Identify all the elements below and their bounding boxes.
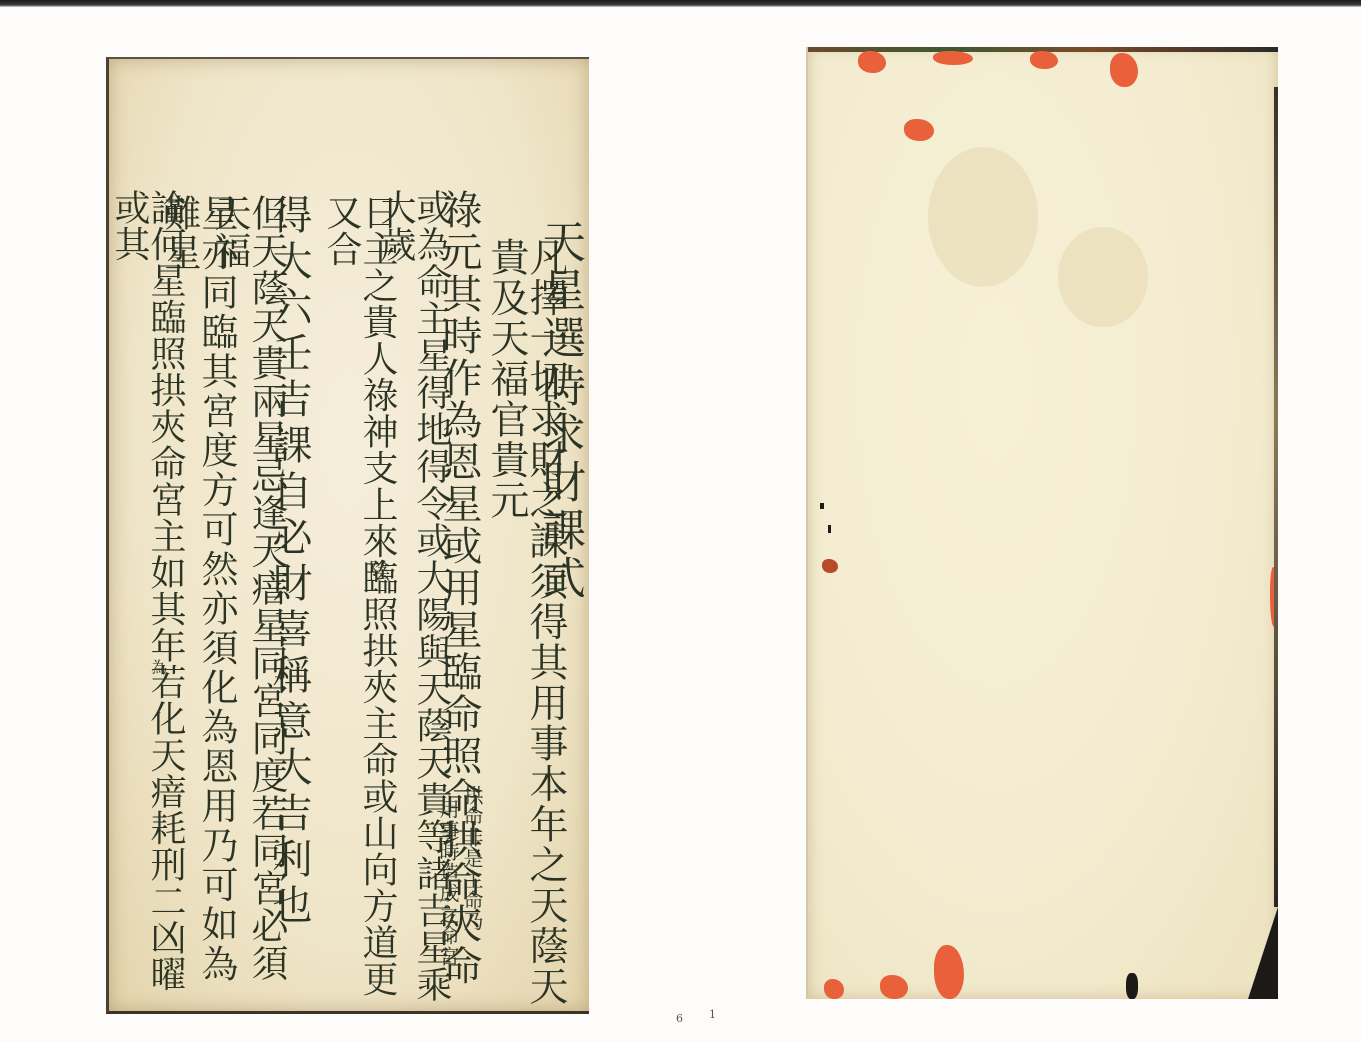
folio-right: 1 xyxy=(709,1008,716,1021)
text-column-4: 日主之貴人祿神支上來臨照拱夾主命或山向方道更又合 xyxy=(323,194,395,1011)
water-stain xyxy=(928,147,1038,287)
torn-dark-mark xyxy=(1126,973,1138,999)
stain-mark xyxy=(824,979,844,999)
water-stain xyxy=(1058,227,1148,327)
right-blank-page xyxy=(806,47,1278,999)
text-column-8: 論何星臨照拱夾命宮主如其年若化天瘖耗刑二凶曜或其 xyxy=(111,189,183,1011)
stain-mark xyxy=(880,975,908,999)
wormhole-mark xyxy=(828,525,831,533)
stain-mark xyxy=(933,51,973,65)
top-scan-edge xyxy=(0,0,1361,7)
side-character-wei: 為 xyxy=(149,659,167,676)
stain-mark xyxy=(904,119,934,141)
text-column-1: 凡擇一切求財之課須得其用事本年之天蔭天貴及天福官貴元 xyxy=(487,237,565,1011)
stain-mark xyxy=(1030,51,1058,69)
right-page-edge xyxy=(1274,87,1278,907)
left-manuscript-page: 天星選時求財課式 凡擇一切求財之課須得其用事本年之天蔭天貴及天福官貴元 祿元其時… xyxy=(106,57,589,1014)
stain-mark xyxy=(822,559,838,573)
folio-left: 6 xyxy=(676,1012,683,1025)
dark-corner xyxy=(1248,907,1278,999)
interlinear-note-right: 拱命非是主命乃 xyxy=(461,785,483,932)
stain-mark xyxy=(1110,53,1138,87)
stain-mark xyxy=(858,51,886,73)
stain-mark xyxy=(934,945,964,999)
wormhole-mark xyxy=(820,503,824,509)
